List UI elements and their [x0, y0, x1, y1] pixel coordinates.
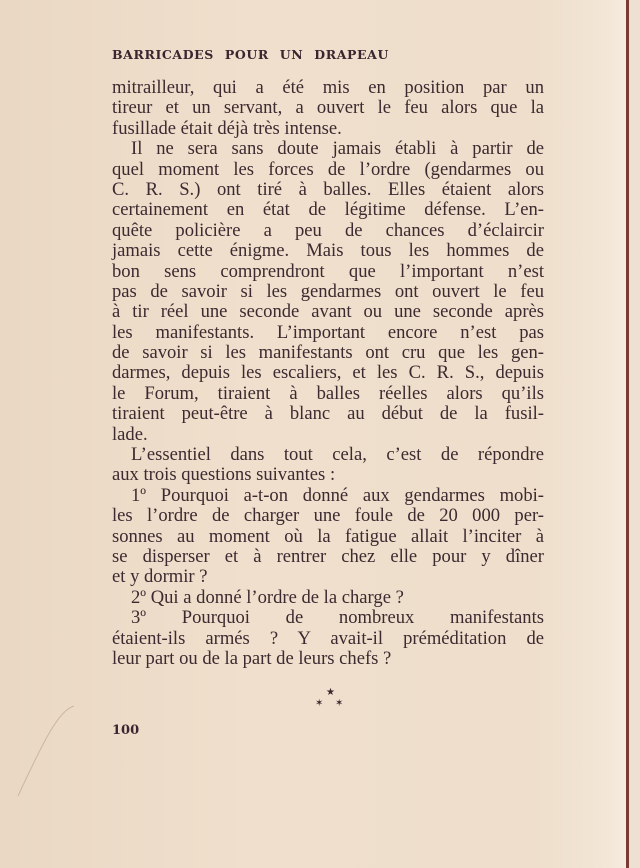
- text-line: tireur et un servant, a ouvert le feu al…: [112, 98, 544, 118]
- text-line: lade.: [112, 425, 544, 445]
- text-line: 1º Pourquoi a-t-on donné aux gendarmes m…: [112, 486, 544, 506]
- text-line: aux trois questions suivantes :: [112, 465, 544, 485]
- running-head: BARRICADES POUR UN DRAPEAU: [112, 47, 389, 62]
- text-line: les manifestants. L’important encore n’e…: [112, 323, 544, 343]
- text-line: fusillade était déjà très intense.: [112, 119, 544, 139]
- text-line: 3º Pourquoi de nombreux manifestants: [112, 608, 544, 628]
- text-line: 2º Qui a donné l’ordre de la charge ?: [112, 588, 544, 608]
- text-line: étaient-ils armés ? Y avait-il prémédita…: [112, 629, 544, 649]
- text-line: bon sens comprendront que l’important n’…: [112, 262, 544, 282]
- text-line: quête policière a peu de chances d’éclai…: [112, 221, 544, 241]
- star-icon: ✶: [315, 698, 323, 709]
- text-line: à tir réel une seconde avant ou une seco…: [112, 302, 544, 322]
- text-line: jamais cette énigme. Mais tous les homme…: [112, 241, 544, 261]
- text-line: le Forum, tiraient à balles réelles alor…: [112, 384, 544, 404]
- paper-fiber-mark: [14, 700, 84, 800]
- asterism-icon: ★ ✶ ✶: [310, 687, 350, 713]
- text-line: Il ne sera sans doute jamais établi à pa…: [112, 139, 544, 159]
- text-line: C. R. S.) ont tiré à balles. Elles étaie…: [112, 180, 544, 200]
- text-line: se disperser et à rentrer chez elle pour…: [112, 547, 544, 567]
- page-number: 100: [112, 723, 139, 738]
- star-icon: ✶: [335, 698, 343, 709]
- text-line: leur part ou de la part de leurs chefs ?: [112, 649, 544, 669]
- text-line: certainement en état de légitime défense…: [112, 200, 544, 220]
- text-line: darmes, depuis les escaliers, et les C. …: [112, 363, 544, 383]
- text-line: et y dormir ?: [112, 567, 544, 587]
- text-line: sonnes au moment où la fatigue allait l’…: [112, 527, 544, 547]
- text-line: les l’ordre de charger une foule de 20 0…: [112, 506, 544, 526]
- star-icon: ★: [326, 687, 335, 698]
- body-text: mitrailleur, qui a été mis en position p…: [112, 78, 544, 669]
- text-line: quel moment les forces de l’ordre (genda…: [112, 160, 544, 180]
- next-page-edge: [629, 0, 640, 868]
- text-line: pas de savoir si les gendarmes ont ouver…: [112, 282, 544, 302]
- text-line: L’essentiel dans tout cela, c’est de rép…: [112, 445, 544, 465]
- text-line: tiraient peut-être à blanc au début de l…: [112, 404, 544, 424]
- text-line: de savoir si les manifestants ont cru qu…: [112, 343, 544, 363]
- text-line: mitrailleur, qui a été mis en position p…: [112, 78, 544, 98]
